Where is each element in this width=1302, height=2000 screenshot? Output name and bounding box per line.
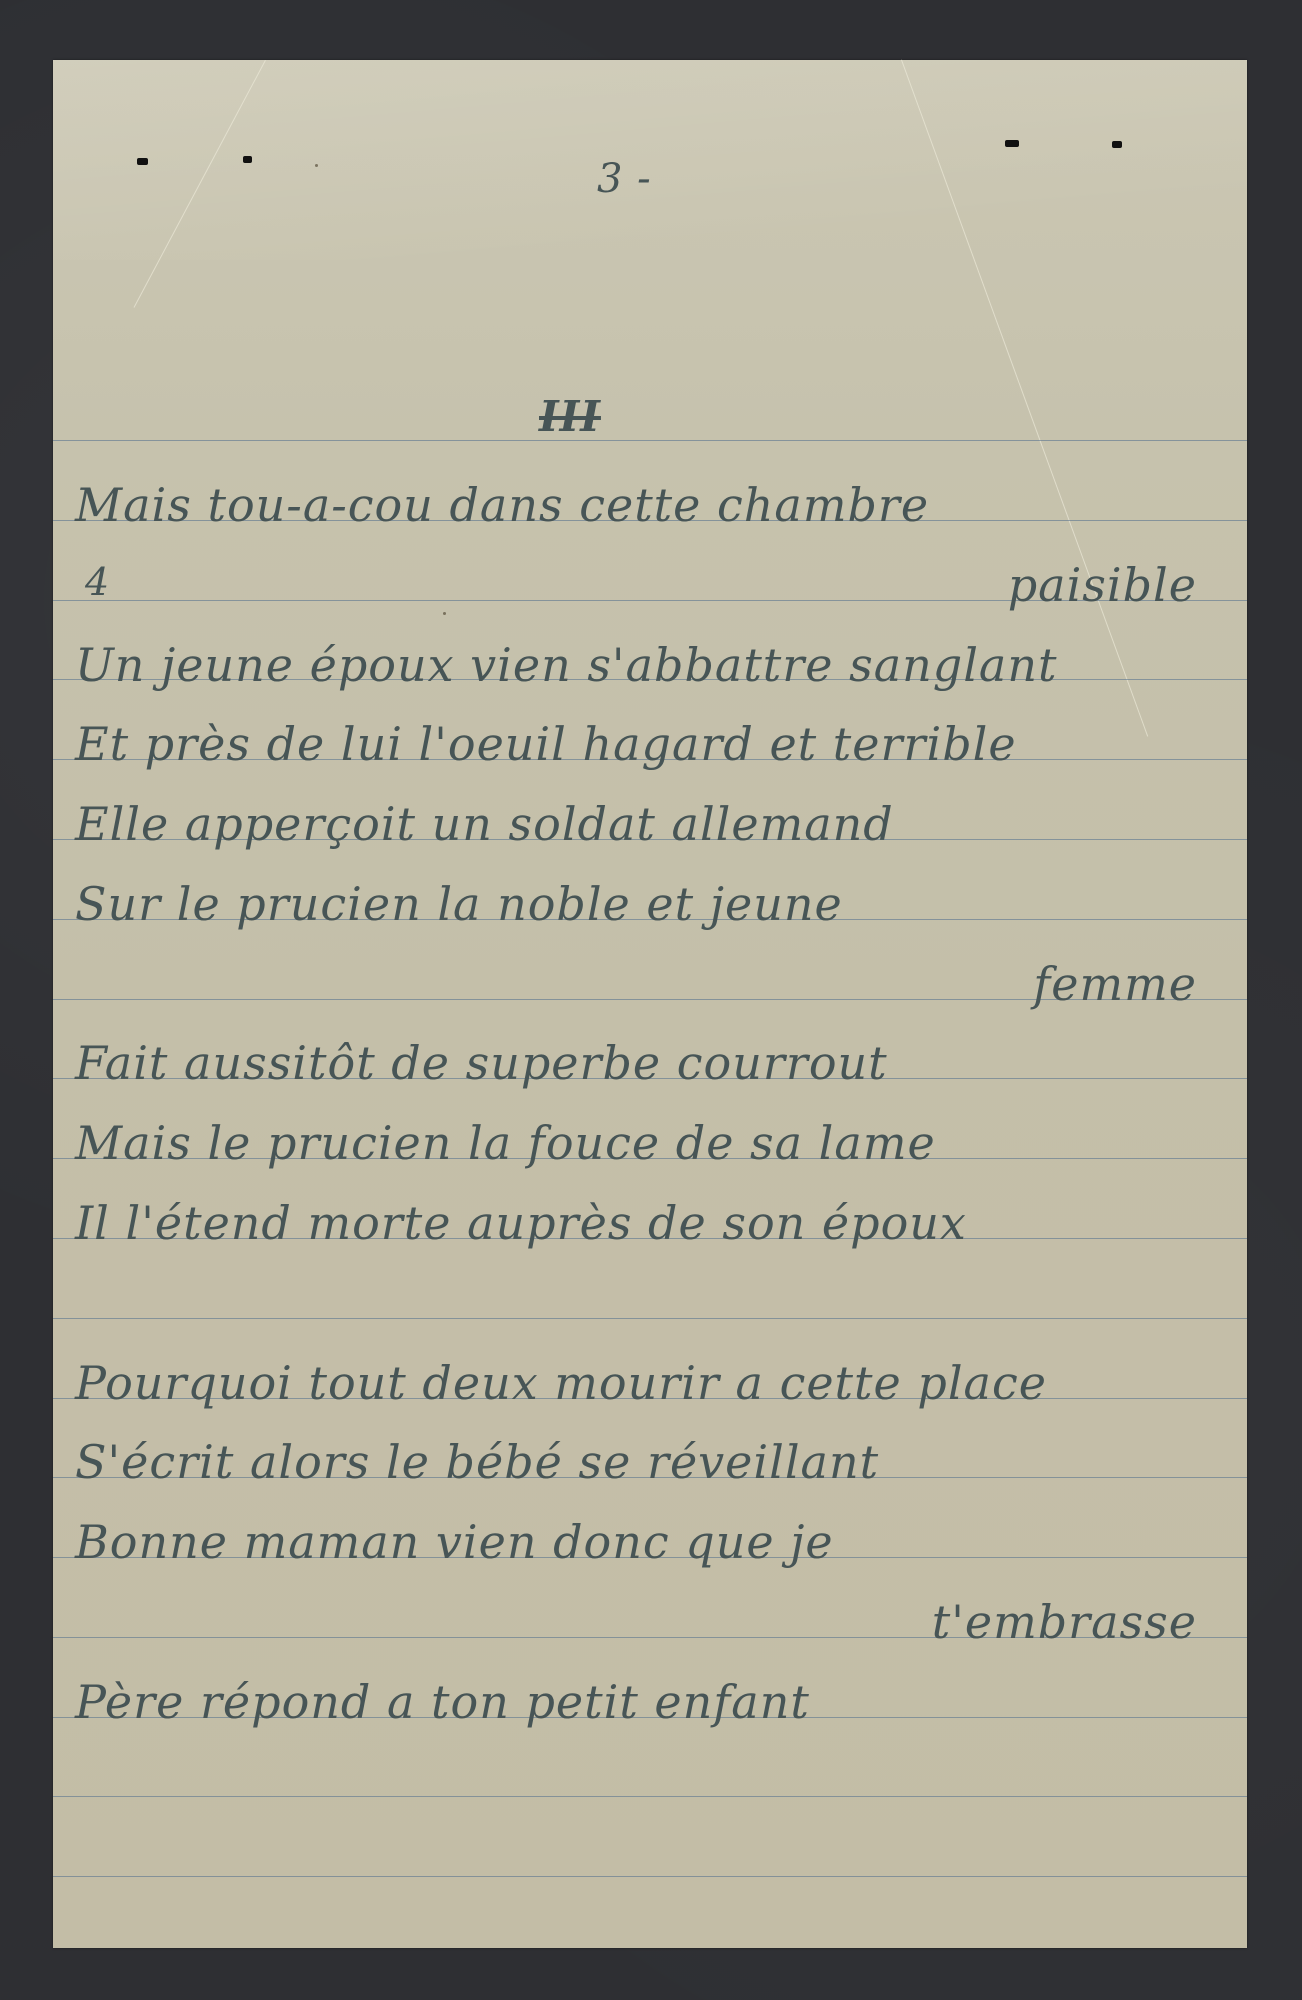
punch-hole-icon: [243, 156, 252, 163]
verse-line: Mais le prucien la fouce de sa lame: [75, 1116, 936, 1170]
ruled-line: [53, 1318, 1247, 1319]
verse-line: Père répond a ton petit enfant: [75, 1675, 810, 1729]
ink-speck: [315, 164, 318, 167]
verse-line: femme: [1033, 957, 1197, 1011]
punch-hole-icon: [137, 158, 148, 165]
verse-line: Il l'étend morte auprès de son époux: [75, 1196, 967, 1250]
verse-line: Sur le prucien la noble et jeune: [75, 877, 843, 931]
verse-line: Et près de lui l'oeuil hagard et terribl…: [75, 717, 1017, 771]
margin-note: 4: [85, 560, 110, 604]
ruled-line: [53, 1876, 1247, 1877]
verse-line: paisible: [1008, 558, 1197, 612]
verse-line: Bonne maman vien donc que je: [75, 1515, 834, 1569]
section-numeral: III: [539, 392, 601, 441]
ruled-line: [53, 440, 1247, 441]
verse-line: Un jeune époux vien s'abbattre sanglant: [75, 638, 1057, 692]
verse-line: Mais tou-a-cou dans cette chambre: [75, 478, 929, 532]
paper-sheet: 3 - III 4 Mais tou-a-cou dans cette cham…: [53, 60, 1247, 1948]
ruled-line: [53, 1796, 1247, 1797]
ink-speck: [443, 612, 446, 615]
verse-line: t'embrasse: [932, 1595, 1197, 1649]
page-number: 3 -: [597, 156, 652, 202]
verse-line: Pourquoi tout deux mourir a cette place: [75, 1356, 1047, 1410]
verse-line: Fait aussitôt de superbe courrout: [75, 1036, 888, 1090]
punch-hole-icon: [1005, 140, 1019, 147]
verse-line: S'écrit alors le bébé se réveillant: [75, 1435, 879, 1489]
punch-hole-icon: [1112, 141, 1122, 148]
verse-line: Elle apperçoit un soldat allemand: [75, 797, 894, 851]
